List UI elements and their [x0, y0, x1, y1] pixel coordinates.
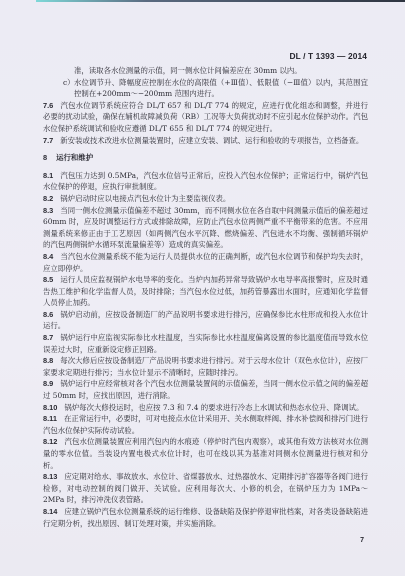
clause-8-8: 8.8每次大修后应按设备制造厂产品说明书要求进行排污。对于云母水位计（双色水位计…: [43, 355, 368, 378]
clause-8-14: 8.14应建立锅炉汽包水位测量系统的运行维修、设备缺陷及保护停退审批档案，对各类…: [43, 506, 368, 529]
clause-text: 锅炉启动前，应按设备制造厂的产品说明书要求进行排污，应确保参比水柱形成和投入水位…: [43, 310, 368, 331]
clause-number: 8.5: [43, 275, 53, 284]
clause-8-7: 8.7锅炉运行中应监视实际参比水柱温度，当实际参比水柱温度偏离设置的参比温度值而…: [43, 332, 368, 355]
clause-8-12: 8.12汽包水位测量装置应利用汽包内的水痕迹（停炉时汽包内观察），或其他有效方法…: [43, 436, 368, 471]
clause-text: 锅炉运行中应监视实际参比水柱温度，当实际参比水柱温度偏离设置的参比温度值而导致水…: [43, 333, 368, 354]
clause-number: 8.1: [43, 171, 53, 180]
clause-number: 8.10: [43, 403, 57, 412]
clause-8-11: 8.11在正常运行中，必要时，可对电接点水位计采用开、关水侧取样阀、排水补偿阀和…: [43, 413, 368, 436]
clause-8-9: 8.9锅炉运行中应经常核对各个汽包水位测量装置间的示值偏差，当同一侧水位示值之间…: [43, 378, 368, 401]
clause-text: 每次大修后应按设备制造厂产品说明书要求进行排污。对于云母水位计（双色水位计），应…: [43, 356, 368, 377]
clause-number: 8.6: [43, 310, 53, 319]
list-marker: c）: [63, 77, 74, 100]
clause-text: 在正常运行中，必要时，可对电接点水位计采用开、关水侧取样阀、排水补偿阀和排污门进…: [43, 414, 368, 435]
clause-number: 8.7: [43, 333, 53, 342]
clause-number: 8.4: [43, 252, 53, 261]
section-number: 8: [43, 153, 47, 162]
clause-text: 汽包压力达到 0.5MPa，汽包水位信号正常后，应投入汽包水位保护；正常运行中，…: [43, 171, 368, 192]
list-text: 水位调节升、降幅度应控制在水位的高限值（+Ⅲ值）、低限值（−Ⅲ值）以内，其范围宜…: [74, 77, 368, 100]
clause-number: 7.7: [43, 136, 53, 145]
section-title: 运行和维护: [56, 153, 93, 162]
clause-8-6: 8.6锅炉启动前，应按设备制造厂的产品说明书要求进行排污，应确保参比水柱形成和投…: [43, 309, 368, 332]
clause-text: 应定期对给水、事故放水、水位计、省煤器放水、过热器放水、定期排污扩容器等各阀门进…: [43, 472, 368, 504]
clause-text: 锅炉运行中应经常核对各个汽包水位测量装置间的示值偏差，当同一侧水位示值之间的偏差…: [43, 379, 368, 400]
clause-text: 新安装或技术改进水位测量装置时，应建立安装、调试、运行和验收的专项报告，立档备查…: [60, 136, 363, 145]
standard-code-header: DL / T 1393 — 2014: [289, 51, 367, 61]
clause-number: 7.6: [43, 101, 53, 110]
clause-text: 运行人员应监视锅炉水电导率的变化。当炉内加药异常导致锅炉水电导率高报警时，应及时…: [43, 275, 368, 307]
document-page: DL / T 1393 — 2014 准，读取各水位测量的示值，同一侧水位计间偏…: [0, 0, 405, 576]
clause-text: 汽包水位调节系统应符合 DL/T 657 和 DL/T 774 的规定，应进行优…: [43, 101, 368, 133]
clause-8-3: 8.3当同一侧水位测量示值偏差不超过 30mm，而不同侧水位在各自取中间测量示值…: [43, 205, 368, 251]
clause-text: 当同一侧水位测量示值偏差不超过 30mm，而不同侧水位在各自取中间测量示值后的偏…: [43, 206, 368, 250]
clause-number: 8.9: [43, 379, 53, 388]
clause-8-5: 8.5运行人员应监视锅炉水电导率的变化。当炉内加药异常导致锅炉水电导率高报警时，…: [43, 274, 368, 309]
clause-8-4: 8.4当汽包水位测量系统不能为运行人员提供水位的正确判断，或汽包水位调节和保护均…: [43, 251, 368, 274]
clause-number: 8.8: [43, 356, 53, 365]
clause-7-7: 7.7新安装或技术改进水位测量装置时，应建立安装、调试、运行和验收的专项报告，立…: [43, 135, 368, 147]
clause-text: 锅炉每次大修投运时，也应按 7.3 和 7.4 的要求进行冷态上水调试和热态水位…: [64, 403, 363, 412]
clause-number: 8.14: [43, 507, 57, 516]
document-body: 准，读取各水位测量的示值，同一侧水位计间偏差应在 30mm 以内。 c） 水位调…: [43, 65, 368, 529]
clause-8-1: 8.1汽包压力达到 0.5MPa，汽包水位信号正常后，应投入汽包水位保护；正常运…: [43, 170, 368, 193]
clause-8-2: 8.2锅炉启动时应以电接点汽包水位计为主要监视仪表。: [43, 193, 368, 205]
clause-number: 8.3: [43, 206, 53, 215]
clause-text: 当汽包水位测量系统不能为运行人员提供水位的正确判断，或汽包水位调节和保护均失去时…: [43, 252, 368, 273]
clause-8-10: 8.10锅炉每次大修投运时，也应按 7.3 和 7.4 的要求进行冷态上水调试和…: [43, 402, 368, 414]
clause-number: 8.12: [43, 437, 57, 446]
list-item-c: c） 水位调节升、降幅度应控制在水位的高限值（+Ⅲ值）、低限值（−Ⅲ值）以内，其…: [43, 77, 368, 100]
continued-paragraph: 准，读取各水位测量的示值，同一侧水位计间偏差应在 30mm 以内。: [43, 65, 368, 77]
clause-text: 应建立锅炉汽包水位测量系统的运行维修、设备缺陷及保护停退审批档案，对各类设备缺陷…: [43, 507, 368, 528]
section-heading-8: 8运行和维护: [43, 152, 368, 164]
clause-text: 锅炉启动时应以电接点汽包水位计为主要监视仪表。: [60, 194, 230, 203]
clause-7-6: 7.6汽包水位调节系统应符合 DL/T 657 和 DL/T 774 的规定，应…: [43, 100, 368, 135]
page-number: 7: [360, 537, 364, 544]
clause-text: 汽包水位测量装置应利用汽包内的水痕迹（停炉时汽包内观察），或其他有效方法核对水位…: [43, 437, 368, 469]
scan-top-edge: [36, 0, 405, 2]
clause-number: 8.13: [43, 472, 57, 481]
clause-8-13: 8.13应定期对给水、事故放水、水位计、省煤器放水、过热器放水、定期排污扩容器等…: [43, 471, 368, 506]
clause-number: 8.11: [43, 414, 57, 423]
clause-number: 8.2: [43, 194, 53, 203]
